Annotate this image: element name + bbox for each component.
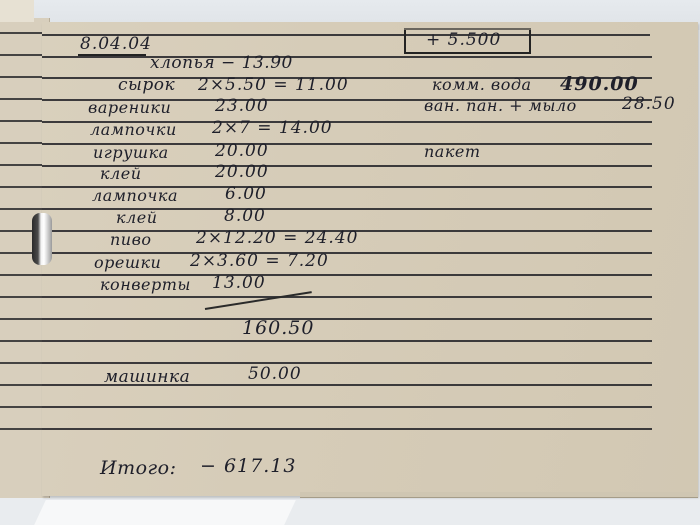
paper-scrap	[34, 500, 296, 525]
rule-line	[0, 274, 48, 276]
rule-line	[42, 340, 652, 342]
rule-line	[0, 142, 48, 144]
extra-item-name: машинка	[104, 369, 190, 386]
rule-line	[42, 428, 652, 430]
expense-item-name: пакет	[424, 144, 481, 160]
paper-scrap-top-left	[0, 0, 34, 22]
rule-line	[0, 296, 48, 298]
expense-item-name: клей	[116, 210, 158, 226]
income-amount: + 5.500	[426, 32, 501, 49]
rule-line	[0, 164, 48, 166]
expense-item-amount: 2×5.50 = 11.00	[198, 77, 349, 94]
expense-item-amount: 23.00	[215, 98, 269, 115]
rule-line	[42, 56, 652, 58]
rule-line	[0, 362, 48, 364]
expense-item-name: сырок	[118, 77, 175, 94]
rule-line	[0, 186, 48, 188]
expense-item-amount: 20.00	[215, 143, 269, 160]
expense-item-name: вареники	[88, 100, 171, 116]
expense-item-amount: 490.00	[560, 75, 639, 94]
rule-line	[0, 120, 48, 122]
expense-item-name: пиво	[110, 232, 152, 248]
date-underline	[78, 54, 146, 56]
expense-item-amount: 20.00	[215, 164, 269, 181]
rule-line	[0, 428, 48, 430]
page-edge	[300, 492, 698, 498]
rule-line	[42, 318, 652, 320]
extra-item-amount: 50.00	[248, 366, 302, 383]
expense-item-amount: 8.00	[224, 208, 266, 225]
expense-item-name: лампочка	[92, 188, 178, 204]
total-label: Итого:	[100, 459, 176, 478]
expense-item-name: игрушка	[93, 145, 169, 161]
rule-line	[0, 76, 48, 78]
rule-line	[0, 406, 48, 408]
expense-item-amount: 28.50	[622, 96, 676, 113]
expense-item-name: лампочки	[90, 122, 177, 138]
entry-date: 8.04.04	[80, 36, 152, 53]
rule-line	[0, 98, 48, 100]
expense-item-amount: 13.00	[212, 275, 266, 292]
rule-line	[0, 340, 48, 342]
rule-line	[0, 384, 48, 386]
rule-line	[0, 208, 48, 210]
expense-item-name: клей	[100, 166, 142, 182]
rule-line	[42, 406, 652, 408]
expense-item-amount: 2×3.60 = 7.20	[190, 253, 329, 270]
expense-item-line: хлопья − 13.90	[150, 55, 293, 72]
expense-item-amount: 6.00	[225, 186, 267, 203]
expense-item-amount: 2×7 = 14.00	[212, 120, 333, 137]
rule-line	[42, 362, 652, 364]
rule-line	[42, 296, 652, 298]
expense-item-name: орешки	[94, 255, 161, 271]
expense-item-amount: 2×12.20 = 24.40	[196, 230, 358, 247]
rule-line	[0, 54, 48, 56]
expense-item-name: комм. вода	[432, 77, 532, 93]
expense-item-line: ван. пан. + мыло	[424, 98, 577, 114]
total-value: − 617.13	[200, 457, 296, 476]
rule-line	[0, 32, 48, 34]
binding-hole	[32, 213, 52, 265]
rule-line	[0, 318, 48, 320]
expense-item-name: конверты	[100, 277, 191, 293]
subtotal-amount: 160.50	[242, 319, 314, 338]
